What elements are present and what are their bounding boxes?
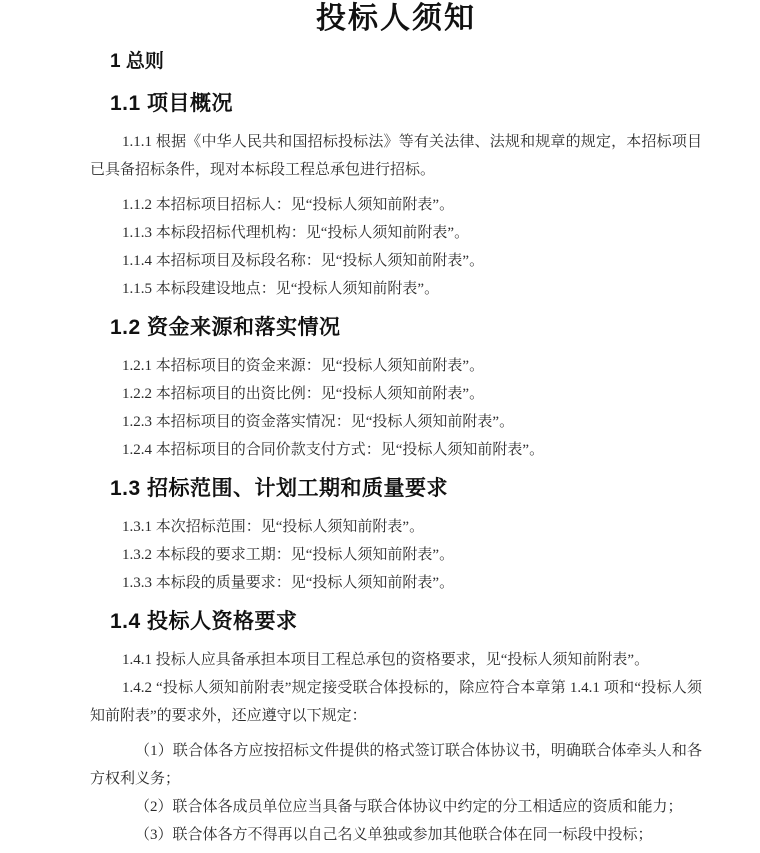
clause-1-4-2-item-2: （2）联合体各成员单位应当具备与联合体协议中约定的分工相适应的资质和能力；	[90, 793, 702, 821]
section-heading-1-3: 1.3 招标范围、计划工期和质量要求	[90, 475, 702, 503]
page-title: 投标人须知	[90, 2, 702, 36]
section-heading-1-1: 1.1 项目概况	[90, 90, 702, 118]
clause-1-2-3: 1.2.3 本招标项目的资金落实情况：见“投标人须知前附表”。	[90, 408, 702, 436]
clause-1-3-2: 1.3.2 本标段的要求工期：见“投标人须知前附表”。	[90, 541, 702, 569]
clause-1-4-2-item-1: （1）联合体各方应按招标文件提供的格式签订联合体协议书，明确联合体牵头人和各方权…	[90, 737, 702, 793]
clause-1-2-2: 1.2.2 本招标项目的出资比例：见“投标人须知前附表”。	[90, 380, 702, 408]
section-heading-1-4: 1.4 投标人资格要求	[90, 608, 702, 636]
clause-1-4-1: 1.4.1 投标人应具备承担本项目工程总承包的资格要求，见“投标人须知前附表”。	[90, 646, 702, 674]
section-heading-1-2: 1.2 资金来源和落实情况	[90, 314, 702, 342]
clause-1-2-4: 1.2.4 本招标项目的合同价款支付方式：见“投标人须知前附表”。	[90, 436, 702, 464]
clause-1-1-4: 1.1.4 本招标项目及标段名称：见“投标人须知前附表”。	[90, 247, 702, 275]
document-page: 投标人须知 1 总则 1.1 项目概况 1.1.1 根据《中华人民共和国招标投标…	[0, 0, 760, 853]
clause-1-4-2-item-3: （3）联合体各方不得再以自己名义单独或参加其他联合体在同一标段中投标；	[90, 821, 702, 849]
clause-1-1-5: 1.1.5 本标段建设地点：见“投标人须知前附表”。	[90, 275, 702, 303]
clause-1-3-3: 1.3.3 本标段的质量要求：见“投标人须知前附表”。	[90, 569, 702, 597]
chapter-heading: 1 总则	[90, 50, 702, 74]
clause-1-4-2: 1.4.2 “投标人须知前附表”规定接受联合体投标的，除应符合本章第 1.4.1…	[90, 674, 702, 730]
clause-1-3-1: 1.3.1 本次招标范围：见“投标人须知前附表”。	[90, 513, 702, 541]
clause-1-1-1: 1.1.1 根据《中华人民共和国招标投标法》等有关法律、法规和规章的规定，本招标…	[90, 128, 702, 184]
clause-1-2-1: 1.2.1 本招标项目的资金来源：见“投标人须知前附表”。	[90, 352, 702, 380]
clause-1-1-2: 1.1.2 本招标项目招标人：见“投标人须知前附表”。	[90, 191, 702, 219]
clause-1-1-3: 1.1.3 本标段招标代理机构：见“投标人须知前附表”。	[90, 219, 702, 247]
